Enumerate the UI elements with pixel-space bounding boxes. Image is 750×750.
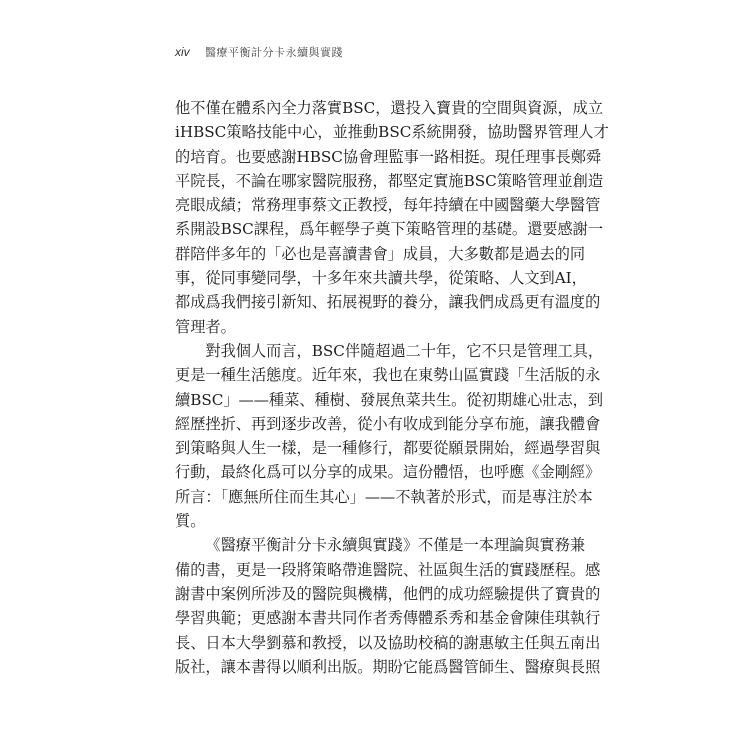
text-line: 學習典範；更感謝本書共同作者秀傳體系秀和基金會陳佳琪執行 — [175, 606, 527, 630]
text-line: 平院長，不論在哪家醫院服務，都堅定實施BSC策略管理並創造 — [175, 169, 527, 193]
text-line: 經歷挫折、再到逐步改善，從小有收成到能分享布施，讓我體會 — [175, 412, 527, 436]
text-line: 事，從同事變同學，十多年來共讀共學，從策略、人文到AI， — [175, 266, 527, 290]
text-line: 對我個人而言，BSC伴隨超過二十年，它不只是管理工具， — [175, 339, 527, 363]
text-line: 《醫療平衡計分卡永續與實踐》不僅是一本理論與實務兼 — [175, 533, 527, 557]
text-line: 都成爲我們接引新知、拓展視野的養分，讓我們成爲更有溫度的 — [175, 290, 527, 314]
text-line: 群陪伴多年的「必也是喜讀書會」成員，大多數都是過去的同 — [175, 242, 527, 266]
text-line: 續BSC」——種菜、種樹、發展魚菜共生。從初期雄心壯志，到 — [175, 388, 527, 412]
text-line: 備的書，更是一段將策略帶進醫院、社區與生活的實踐歷程。感 — [175, 558, 527, 582]
paragraph-1: 他不僅在體系內全力落實BSC，還投入寶貴的空間與資源，成立 iHBSC策略技能中… — [175, 96, 527, 339]
text-line: 所言：「應無所住而生其心」——不執著於形式，而是專注於本 — [175, 485, 527, 509]
paragraph-3: 《醫療平衡計分卡永續與實踐》不僅是一本理論與實務兼 備的書，更是一段將策略帶進醫… — [175, 533, 527, 679]
running-header: xiv 醫療平衡計分卡永續與實踐 — [175, 44, 343, 60]
text-line: 亮眼成績；常務理事蔡文正教授，每年持續在中國醫藥大學醫管 — [175, 193, 527, 217]
paragraph-2: 對我個人而言，BSC伴隨超過二十年，它不只是管理工具， 更是一種生活態度。近年來… — [175, 339, 527, 533]
text-line: 他不僅在體系內全力落實BSC，還投入寶貴的空間與資源，成立 — [175, 96, 527, 120]
text-line: 行動，最終化爲可以分享的成果。這份體悟，也呼應《金剛經》 — [175, 460, 527, 484]
text-line: 更是一種生活態度。近年來，我也在東勢山區實踐「生活版的永 — [175, 363, 527, 387]
body-text: 他不僅在體系內全力落實BSC，還投入寶貴的空間與資源，成立 iHBSC策略技能中… — [175, 96, 527, 679]
text-line: 管理者。 — [175, 315, 527, 339]
page-number: xiv — [175, 45, 205, 59]
text-line: iHBSC策略技能中心，並推動BSC系統開發，協助醫界管理人才 — [175, 120, 527, 144]
book-title: 醫療平衡計分卡永續與實踐 — [205, 44, 343, 60]
text-line: 系開設BSC課程，爲年輕學子奠下策略管理的基礎。還要感謝一 — [175, 217, 527, 241]
text-line: 版社，讓本書得以順利出版。期盼它能爲醫管師生、醫療與長照 — [175, 655, 527, 679]
text-line: 謝書中案例所涉及的醫院與機構，他們的成功經驗提供了寶貴的 — [175, 582, 527, 606]
text-line: 到策略與人生一樣，是一種修行，都要從願景開始，經過學習與 — [175, 436, 527, 460]
text-line: 長、日本大學劉慕和教授，以及協助校稿的謝惠敏主任與五南出 — [175, 631, 527, 655]
text-line: 的培育。也要感謝HBSC協會理監事一路相挺。現任理事長鄭舜 — [175, 145, 527, 169]
book-page: xiv 醫療平衡計分卡永續與實踐 他不僅在體系內全力落實BSC，還投入寶貴的空間… — [0, 0, 750, 750]
text-line: 質。 — [175, 509, 527, 533]
